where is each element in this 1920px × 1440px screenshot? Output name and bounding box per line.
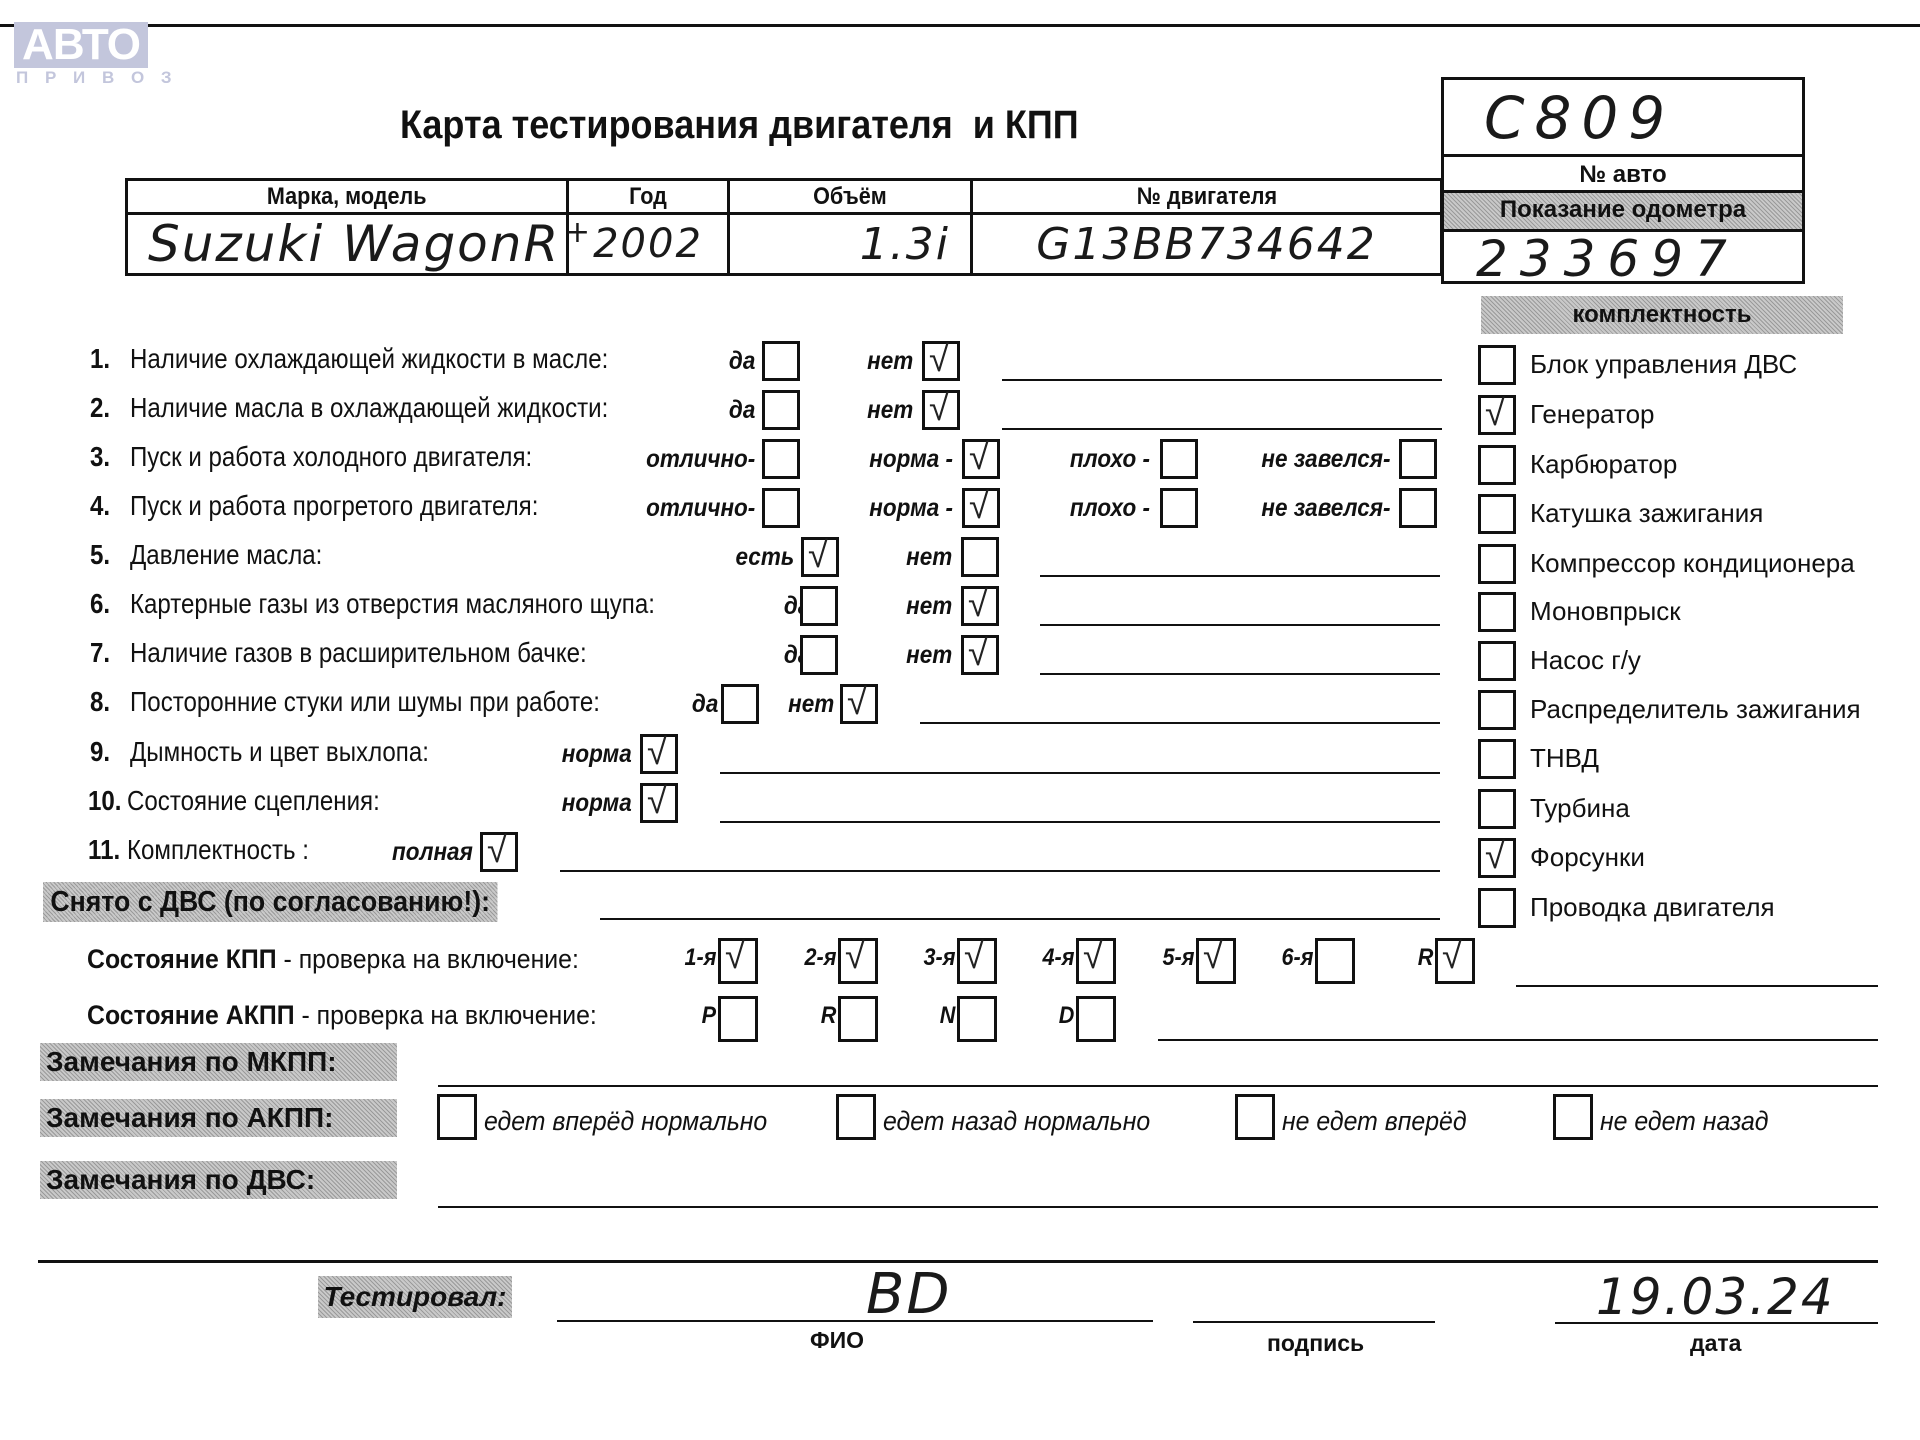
kit-item-label: Форсунки — [1530, 842, 1645, 873]
kit-item-label: Катушка зажигания — [1530, 498, 1763, 529]
engine-cell[interactable]: G13BB734642 — [972, 214, 1442, 275]
check-note-line[interactable] — [720, 772, 1440, 774]
gear-checkbox[interactable] — [1196, 938, 1236, 984]
vehicle-table: Марка, модель Год Объём № двигателя Suzu… — [125, 178, 1443, 276]
manual-gearbox-label: Состояние КПП - проверка на включение: — [87, 944, 579, 975]
check-number: 2. — [90, 392, 110, 424]
tested-label: Тестировал: — [318, 1276, 512, 1318]
kit-item-label: Турбина — [1530, 793, 1630, 824]
option-checkbox[interactable] — [721, 684, 759, 724]
option-label: норма — [562, 740, 632, 769]
check-number: 11. — [88, 834, 120, 866]
col-model: Марка, модель — [127, 180, 568, 214]
option-label: норма - — [869, 494, 953, 523]
option-checkbox[interactable] — [640, 734, 678, 774]
option-label: да — [729, 347, 755, 376]
option-checkbox[interactable] — [801, 537, 839, 577]
date-value[interactable]: 19.03.24 — [1596, 1268, 1835, 1326]
date-caption: дата — [1690, 1330, 1741, 1357]
akpp-option-checkbox[interactable] — [1553, 1094, 1593, 1140]
option-checkbox[interactable] — [962, 439, 1000, 479]
gear-label: 4-я — [1042, 944, 1074, 972]
remarks-dvs-label: Замечания по ДВС: — [40, 1161, 397, 1199]
option-label: не завелся- — [1261, 445, 1390, 474]
check-label: Пуск и работа прогретого двигателя: — [130, 490, 538, 522]
check-label: Картерные газы из отверстия масляного щу… — [130, 588, 655, 620]
auto-gearbox-line[interactable] — [1158, 1039, 1878, 1041]
gear-label: R — [820, 1002, 836, 1030]
removed-label: Снято с ДВС (по согласованию!): — [43, 882, 497, 922]
option-label: плохо - — [1070, 494, 1150, 523]
option-checkbox[interactable] — [762, 488, 800, 528]
auto-gearbox-label: Состояние АКПП - проверка на включение: — [87, 1000, 597, 1031]
check-number: 9. — [90, 736, 110, 768]
check-note-line[interactable] — [1040, 575, 1440, 577]
check-note-line[interactable] — [1002, 428, 1442, 430]
option-label: нет — [906, 641, 952, 670]
option-checkbox[interactable] — [840, 684, 878, 724]
option-label: норма — [562, 789, 632, 818]
check-label: Давление масла: — [130, 539, 322, 571]
akpp-option-label: едет назад нормально — [883, 1106, 1150, 1137]
kit-item-label: Генератор — [1530, 399, 1655, 430]
option-label: отлично- — [646, 445, 755, 474]
gear-label: D — [1058, 1002, 1074, 1030]
option-checkbox[interactable] — [480, 832, 518, 872]
gear-label: 1-я — [684, 944, 716, 972]
kit-item-label: Компрессор кондиционера — [1530, 548, 1855, 579]
check-number: 8. — [90, 686, 110, 718]
check-label: Посторонние стуки или шумы при работе: — [130, 686, 600, 718]
odometer-value[interactable]: 233697 — [1476, 230, 1739, 288]
gear-checkbox[interactable] — [1076, 938, 1116, 984]
name-caption: ФИО — [810, 1327, 864, 1354]
kit-checkbox[interactable] — [1478, 395, 1516, 435]
signature-caption: подпись — [1267, 1330, 1364, 1357]
check-number: 10. — [88, 785, 121, 817]
tester-name-value[interactable]: BD — [866, 1262, 952, 1327]
kit-item-label: Карбюратор — [1530, 449, 1677, 480]
check-label: Пуск и работа холодного двигателя: — [130, 441, 532, 473]
gear-checkbox[interactable] — [718, 996, 758, 1042]
kit-checkbox[interactable] — [1478, 544, 1516, 584]
akpp-option-checkbox[interactable] — [437, 1094, 477, 1140]
option-label: нет — [788, 690, 834, 719]
kit-item-label: ТНВД — [1530, 743, 1599, 774]
akpp-option-checkbox[interactable] — [836, 1094, 876, 1140]
car-number-label: № авто — [1444, 154, 1802, 193]
gear-checkbox[interactable] — [838, 996, 878, 1042]
check-number: 5. — [90, 539, 110, 571]
gear-label: 5-я — [1162, 944, 1194, 972]
akpp-option-label: едет вперёд нормально — [484, 1106, 767, 1137]
option-checkbox[interactable] — [1160, 488, 1198, 528]
check-note-line[interactable] — [920, 722, 1440, 724]
col-engine: № двигателя — [972, 180, 1442, 214]
option-checkbox[interactable] — [1399, 439, 1437, 479]
kit-item-label: Распределитель зажигания — [1530, 694, 1861, 725]
option-label: да — [729, 396, 755, 425]
check-label: Наличие газов в расширительном бачке: — [130, 637, 587, 669]
check-note-line[interactable] — [720, 821, 1440, 823]
gear-label: N — [939, 1002, 955, 1030]
option-checkbox[interactable] — [961, 586, 999, 626]
kit-checkbox[interactable] — [1478, 789, 1516, 829]
option-label: нет — [867, 347, 913, 376]
check-note-line[interactable] — [1040, 673, 1440, 675]
option-checkbox[interactable] — [961, 635, 999, 675]
col-year: Год — [568, 180, 729, 214]
year-value: 2002 — [593, 221, 703, 267]
check-label: Комплектность : — [127, 834, 309, 866]
option-label: отлично- — [646, 494, 755, 523]
signature-line[interactable] — [1193, 1321, 1435, 1323]
gear-label: 6-я — [1281, 944, 1313, 972]
gear-checkbox[interactable] — [718, 938, 758, 984]
check-number: 4. — [90, 490, 110, 522]
col-volume: Объём — [729, 180, 972, 214]
gear-checkbox[interactable] — [838, 938, 878, 984]
kit-title: комплектность — [1481, 296, 1843, 334]
akpp-option-label: не едет вперёд — [1282, 1106, 1467, 1137]
page-title: Карта тестирования двигателя и КПП — [400, 103, 1079, 148]
remarks-akpp-label: Замечания по АКПП: — [40, 1099, 397, 1137]
option-checkbox[interactable] — [762, 341, 800, 381]
check-label: Дымность и цвет выхлопа: — [130, 736, 429, 768]
engine-no-value: G13BB734642 — [1036, 219, 1376, 270]
gear-checkbox[interactable] — [1076, 996, 1116, 1042]
gear-label: 3-я — [923, 944, 955, 972]
kit-item-label: Моновпрыск — [1530, 596, 1681, 627]
gear-checkbox[interactable] — [957, 938, 997, 984]
gear-label: P — [702, 1002, 716, 1030]
model-cell[interactable]: Suzuki WagonR + — [127, 214, 568, 275]
kit-checkbox[interactable] — [1478, 641, 1516, 681]
kit-checkbox[interactable] — [1478, 592, 1516, 632]
kit-item-label: Насос г/у — [1530, 645, 1641, 676]
option-checkbox[interactable] — [961, 537, 999, 577]
remarks-dvs-line[interactable] — [438, 1206, 1878, 1208]
kit-checkbox[interactable] — [1478, 345, 1516, 385]
check-note-line[interactable] — [560, 870, 1440, 872]
volume-cell[interactable]: 1.3i — [729, 214, 972, 275]
model-value: Suzuki WagonR — [128, 215, 560, 273]
car-number-value[interactable]: C809 — [1484, 84, 1675, 152]
kit-checkbox[interactable] — [1478, 739, 1516, 779]
option-checkbox[interactable] — [640, 783, 678, 823]
top-rule — [0, 24, 1920, 27]
check-note-line[interactable] — [1040, 624, 1440, 626]
plus-mark: + — [565, 215, 592, 250]
kit-checkbox[interactable] — [1478, 888, 1516, 928]
option-label: да — [692, 690, 718, 719]
option-checkbox[interactable] — [800, 586, 838, 626]
logo: АВТО — [14, 22, 148, 68]
check-number: 3. — [90, 441, 110, 473]
manual-gearbox-line[interactable] — [1516, 985, 1878, 987]
akpp-option-checkbox[interactable] — [1235, 1094, 1275, 1140]
separator-line — [38, 1260, 1878, 1263]
gear-label: 2-я — [804, 944, 836, 972]
kit-checkbox[interactable] — [1478, 838, 1516, 878]
option-label: плохо - — [1070, 445, 1150, 474]
odometer-label: Показание одометра — [1444, 190, 1802, 232]
check-label: Наличие масла в охлаждающей жидкости: — [130, 392, 608, 424]
option-label: нет — [906, 592, 952, 621]
remarks-mkpp-line[interactable] — [438, 1085, 1878, 1087]
gear-checkbox[interactable] — [1315, 938, 1355, 984]
volume-value: 1.3i — [860, 219, 950, 270]
kit-checkbox[interactable] — [1478, 690, 1516, 730]
logo-sub: П Р И В О З — [16, 68, 178, 88]
check-number: 1. — [90, 343, 110, 375]
check-note-line[interactable] — [1002, 379, 1442, 381]
akpp-option-label: не едет назад — [1600, 1106, 1769, 1137]
kit-checkbox[interactable] — [1478, 494, 1516, 534]
option-checkbox[interactable] — [762, 439, 800, 479]
option-checkbox[interactable] — [922, 341, 960, 381]
gear-checkbox[interactable] — [957, 996, 997, 1042]
option-label: норма - — [869, 445, 953, 474]
kit-item-label: Блок управления ДВС — [1530, 349, 1797, 380]
logo-main: АВТО — [14, 22, 148, 68]
kit-checkbox[interactable] — [1478, 445, 1516, 485]
remarks-mkpp-label: Замечания по МКПП: — [40, 1043, 397, 1081]
check-number: 7. — [90, 637, 110, 669]
option-checkbox[interactable] — [800, 635, 838, 675]
check-number: 6. — [90, 588, 110, 620]
option-checkbox[interactable] — [1160, 439, 1198, 479]
car-number-box: C809 № авто Показание одометра 233697 — [1441, 77, 1805, 284]
option-label: нет — [906, 543, 952, 572]
gear-checkbox[interactable] — [1435, 938, 1475, 984]
option-label: не завелся- — [1261, 494, 1390, 523]
name-line[interactable] — [557, 1320, 1153, 1322]
kit-item-label: Проводка двигателя — [1530, 892, 1775, 923]
option-checkbox[interactable] — [922, 390, 960, 430]
option-label: полная — [392, 838, 473, 867]
gear-label: R — [1417, 944, 1433, 972]
option-label: нет — [867, 396, 913, 425]
check-label: Наличие охлаждающей жидкости в масле: — [130, 343, 608, 375]
option-checkbox[interactable] — [1399, 488, 1437, 528]
option-checkbox[interactable] — [762, 390, 800, 430]
option-label: есть — [735, 543, 794, 572]
check-label: Состояние сцепления: — [127, 785, 380, 817]
option-checkbox[interactable] — [962, 488, 1000, 528]
removed-line[interactable] — [600, 918, 1440, 920]
